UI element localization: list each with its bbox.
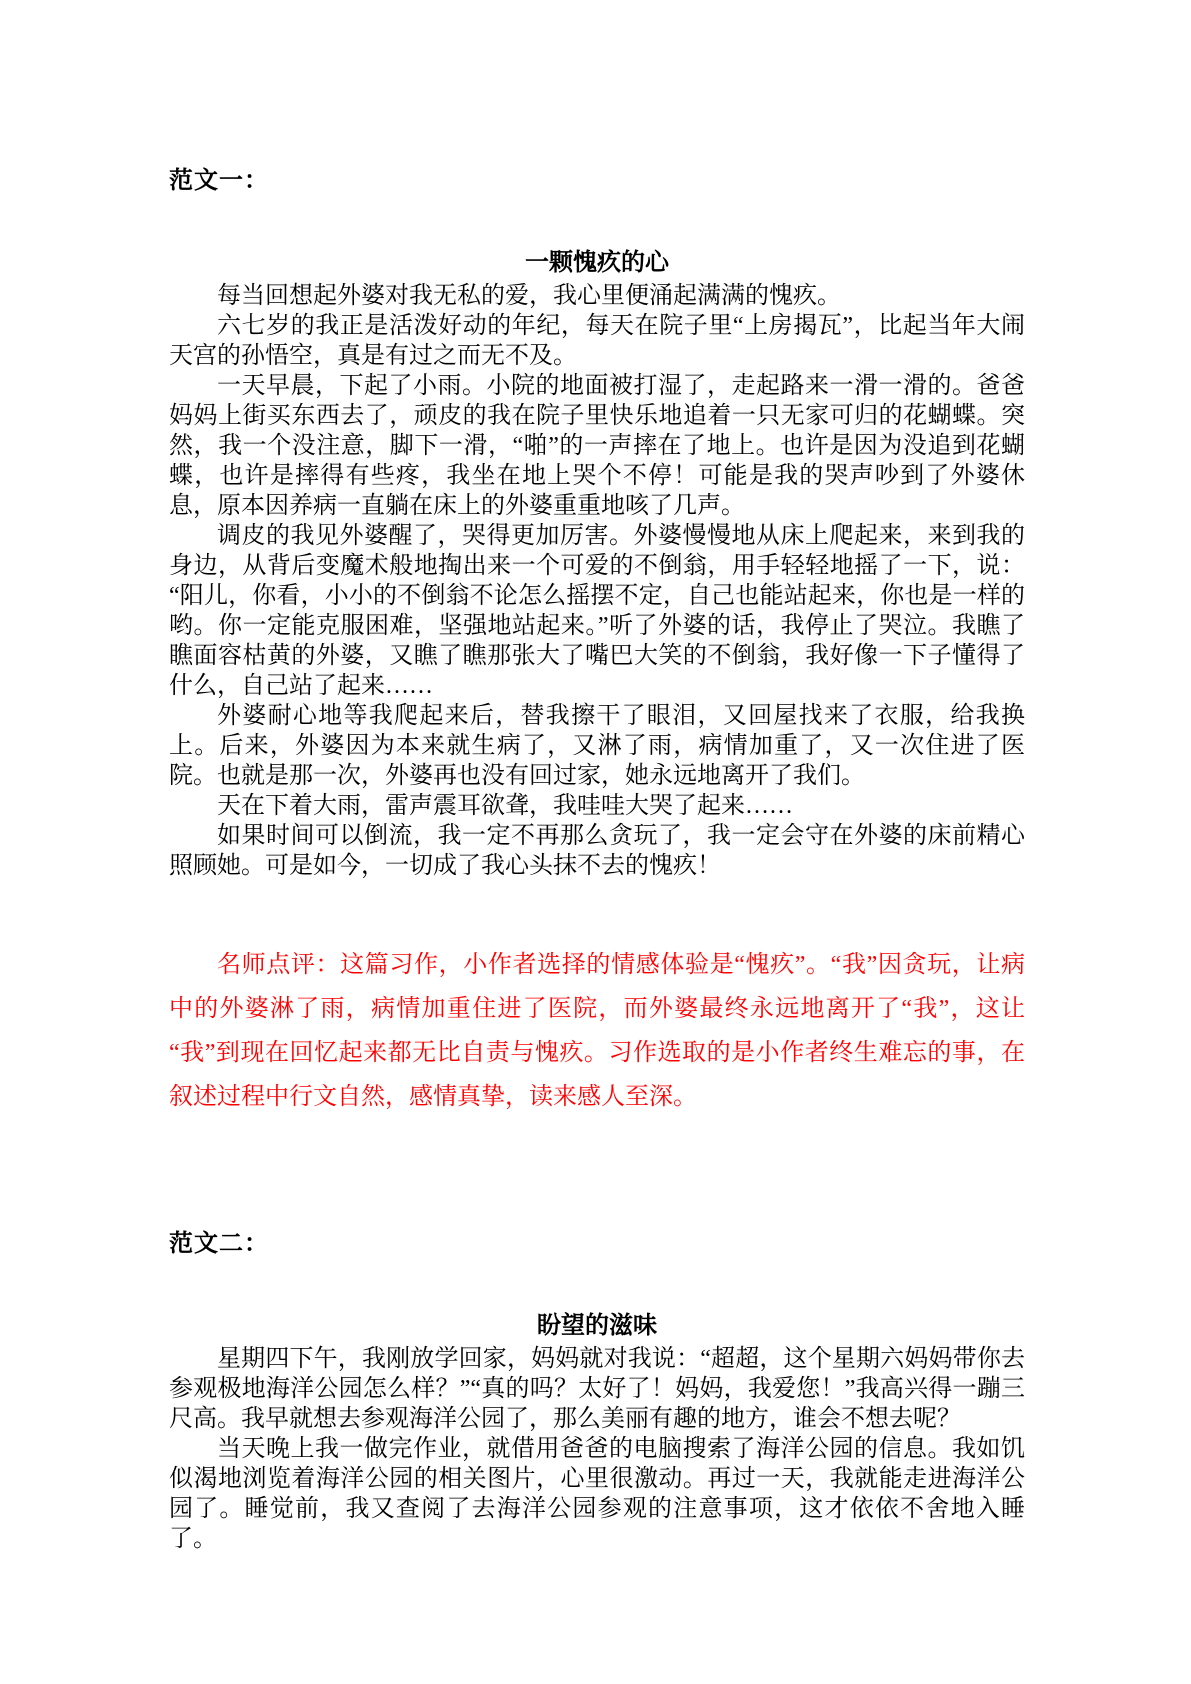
essay-1-label: 范文一： <box>169 166 1025 196</box>
essay-2-label: 范文二： <box>169 1229 1025 1259</box>
essay-1-title: 一颗愧疚的心 <box>169 248 1025 278</box>
essay-1-paragraph-7: 如果时间可以倒流，我一定不再那么贪玩了，我一定会守在外婆的床前精心照顾她。可是如… <box>169 821 1025 881</box>
essay-2-paragraph-2: 当天晚上我一做完作业，就借用爸爸的电脑搜索了海洋公园的信息。我如饥似渴地浏览着海… <box>169 1434 1025 1554</box>
essay-2-body: 星期四下午，我刚放学回家，妈妈就对我说：“超超，这个星期六妈妈带你去参观极地海洋… <box>169 1344 1025 1554</box>
essay-1-paragraph-2: 六七岁的我正是活泼好动的年纪，每天在院子里“上房揭瓦”，比起当年大闹天宫的孙悟空… <box>169 311 1025 371</box>
essay-2-paragraph-1: 星期四下午，我刚放学回家，妈妈就对我说：“超超，这个星期六妈妈带你去参观极地海洋… <box>169 1344 1025 1434</box>
essay-2-section: 范文二： 盼望的滋味 星期四下午，我刚放学回家，妈妈就对我说：“超超，这个星期六… <box>169 1229 1025 1554</box>
essay-1-paragraph-4: 调皮的我见外婆醒了，哭得更加厉害。外婆慢慢地从床上爬起来，来到我的身边，从背后变… <box>169 521 1025 701</box>
essay-2-title: 盼望的滋味 <box>169 1311 1025 1341</box>
document-page: 范文一： 一颗愧疚的心 每当回想起外婆对我无私的爱，我心里便涌起满满的愧疚。 六… <box>0 0 1191 1684</box>
essay-1-paragraph-3: 一天早晨，下起了小雨。小院的地面被打湿了，走起路来一滑一滑的。爸爸妈妈上街买东西… <box>169 371 1025 521</box>
essay-1-paragraph-6: 天在下着大雨，雷声震耳欲聋，我哇哇大哭了起来…… <box>169 791 1025 821</box>
essay-1-section: 范文一： 一颗愧疚的心 每当回想起外婆对我无私的爱，我心里便涌起满满的愧疚。 六… <box>169 166 1025 1119</box>
teacher-comment: 名师点评：这篇习作，小作者选择的情感体验是“愧疚”。“我”因贪玩，让病中的外婆淋… <box>169 943 1025 1119</box>
essay-1-paragraph-1: 每当回想起外婆对我无私的爱，我心里便涌起满满的愧疚。 <box>169 281 1025 311</box>
essay-1-body: 每当回想起外婆对我无私的爱，我心里便涌起满满的愧疚。 六七岁的我正是活泼好动的年… <box>169 281 1025 881</box>
essay-1-paragraph-5: 外婆耐心地等我爬起来后，替我擦干了眼泪，又回屋找来了衣服，给我换上。后来，外婆因… <box>169 701 1025 791</box>
